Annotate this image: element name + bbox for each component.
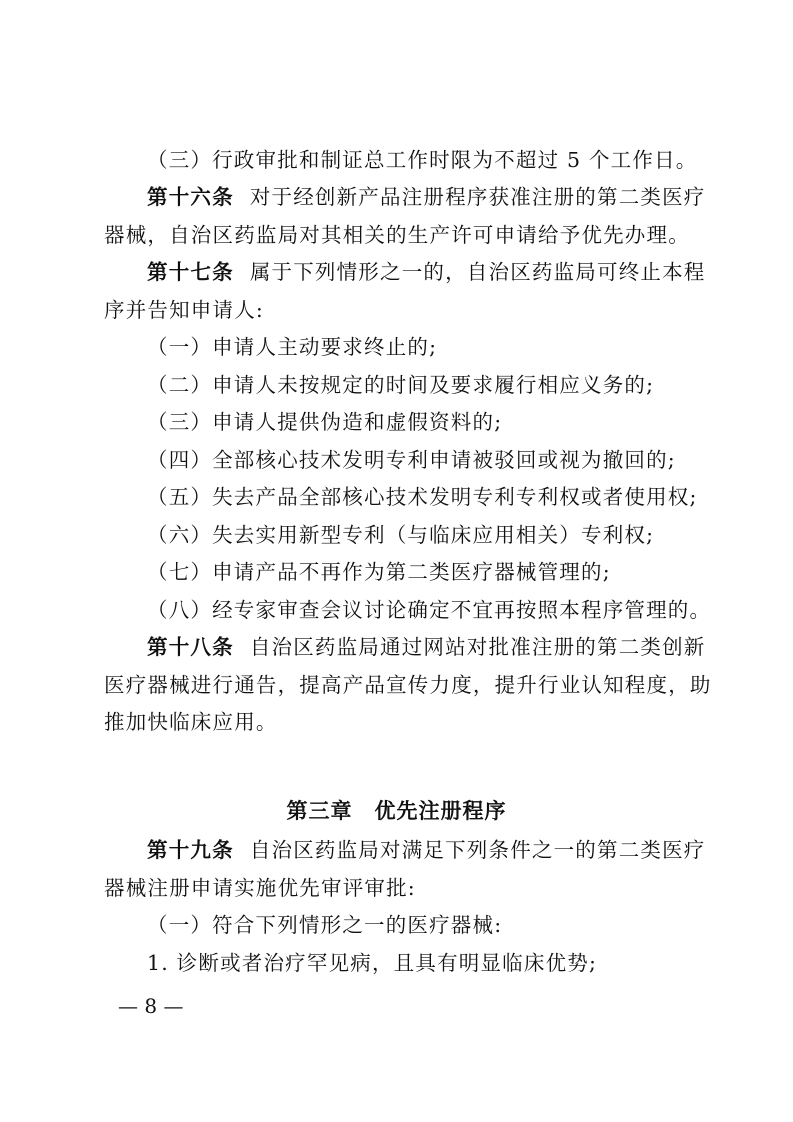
chapter-heading: 第三章优先注册程序 <box>0 797 793 825</box>
list-item: （六）失去实用新型专利（与临床应用相关）专利权; <box>147 521 694 549</box>
list-item: （三）申请人提供伪造和虚假资料的; <box>147 408 694 436</box>
list-item: （二）申请人未按规定的时间及要求履行相应义务的; <box>147 371 694 399</box>
list-item: （八）经专家审查会议讨论确定不宜再按照本程序管理的。 <box>147 596 694 624</box>
article-text: 属于下列情形之一的，自治区药监局可终止本程 <box>250 260 706 284</box>
article-text: 自治区药监局对满足下列条件之一的第二类医疗 <box>250 838 706 862</box>
list-item: （五）失去产品全部核心技术发明专利专利权或者使用权; <box>147 483 694 511</box>
page-number: — 8 — <box>118 992 183 1020</box>
chapter-number: 第三章 <box>287 798 353 823</box>
article-text: 对于经创新产品注册程序获准注册的第二类医疗 <box>250 185 706 209</box>
list-item: 1. 诊断或者治疗罕见病，且具有明显临床优势; <box>147 949 694 977</box>
article-heading: 第十九条 <box>147 838 234 862</box>
article-16-line: 第十六条对于经创新产品注册程序获准注册的第二类医疗 <box>147 183 694 211</box>
list-item: （七）申请产品不再作为第二类医疗器械管理的; <box>147 558 694 586</box>
paragraph-line: 序并告知申请人: <box>104 296 694 324</box>
paragraph-line: 器械，自治区药监局对其相关的生产许可申请给予优先办理。 <box>104 221 694 249</box>
chapter-title: 优先注册程序 <box>375 798 507 823</box>
article-heading: 第十七条 <box>147 260 234 284</box>
document-page: （三）行政审批和制证总工作时限为不超过 5 个工作日。 第十六条对于经创新产品注… <box>0 0 793 1122</box>
paragraph-line: 推加快临床应用。 <box>104 708 694 736</box>
article-heading: 第十六条 <box>147 185 234 209</box>
paragraph-line: （三）行政审批和制证总工作时限为不超过 5 个工作日。 <box>147 146 694 174</box>
article-17-line: 第十七条属于下列情形之一的，自治区药监局可终止本程 <box>147 258 694 286</box>
paragraph-line: 器械注册申请实施优先审评审批: <box>104 874 694 902</box>
list-item: （四）全部核心技术发明专利申请被驳回或视为撤回的; <box>147 446 694 474</box>
paragraph-line: 医疗器械进行通告，提高产品宣传力度，提升行业认知程度，助 <box>104 671 694 699</box>
article-19-line: 第十九条自治区药监局对满足下列条件之一的第二类医疗 <box>147 836 694 864</box>
article-18-line: 第十八条自治区药监局通过网站对批准注册的第二类创新 <box>147 633 694 661</box>
article-text: 自治区药监局通过网站对批准注册的第二类创新 <box>250 635 706 659</box>
list-item: （一）申请人主动要求终止的; <box>147 333 694 361</box>
list-item: （一）符合下列情形之一的医疗器械: <box>147 911 694 939</box>
article-heading: 第十八条 <box>147 635 234 659</box>
